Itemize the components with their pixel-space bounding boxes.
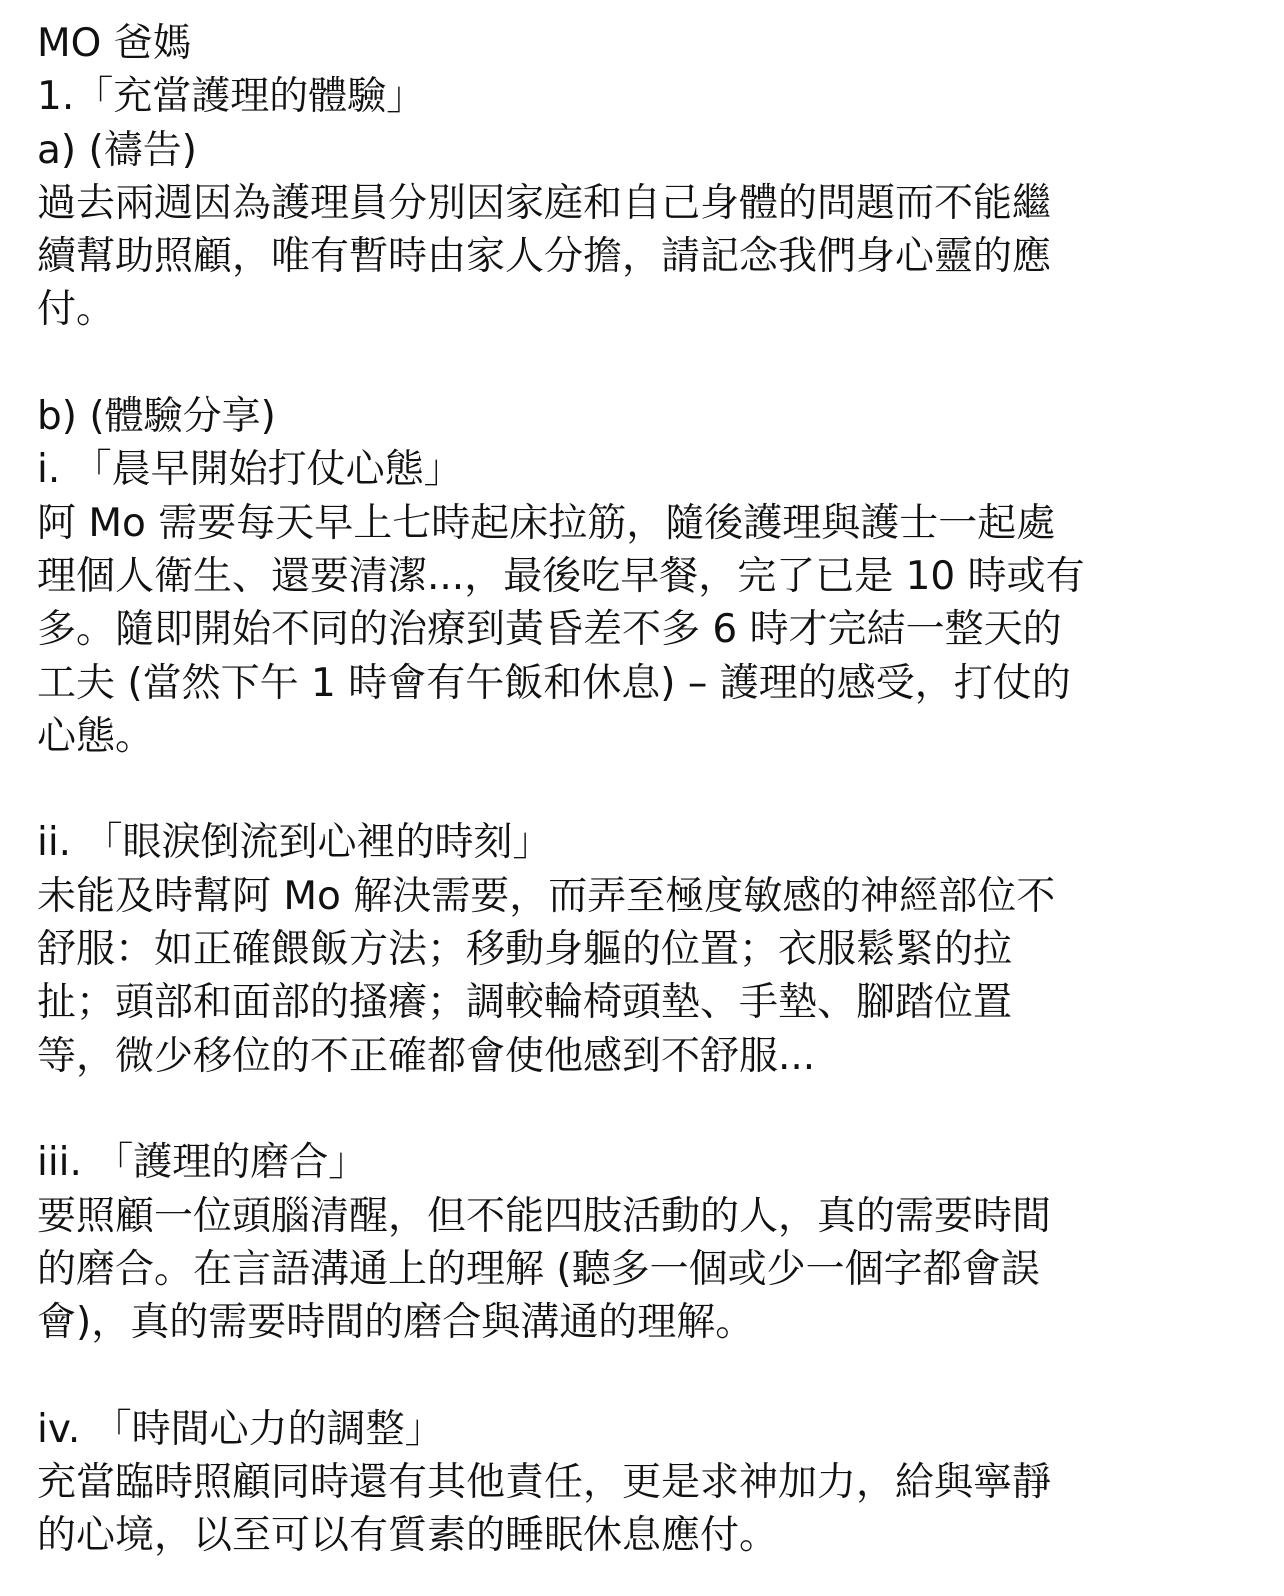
item-line: 舒服：如正確餵飯方法；移動身軀的位置；衣服鬆緊的拉	[37, 923, 1227, 976]
item-line: 扯；頭部和面部的搔癢；調較輪椅頭墊、手墊、腳踏位置	[37, 976, 1227, 1029]
item-line: 理個人衛生、還要清潔...，最後吃早餐，完了已是 10 時或有	[37, 550, 1227, 603]
item-ii: ii. 「眼淚倒流到心裡的時刻」 未能及時幫阿 Mo 解決需要，而弄至極度敏感的…	[37, 816, 1227, 1082]
blank-line	[37, 1349, 1227, 1402]
item-line: 工夫 (當然下午 1 時會有午飯和休息) – 護理的感受，打仗的	[37, 657, 1227, 710]
item-heading: iii. 「護理的磨合」	[37, 1136, 1227, 1189]
item-line: 的磨合。在言語溝通上的理解 (聽多一個或少一個字都會誤	[37, 1243, 1227, 1296]
item-line: 會)，真的需要時間的磨合與溝通的理解。	[37, 1296, 1227, 1349]
part-b: b) (體驗分享) i. 「晨早開始打仗心態」 阿 Mo 需要每天早上七時起床拉…	[37, 390, 1227, 1563]
blank-line	[37, 337, 1227, 390]
item-line: 阿 Mo 需要每天早上七時起床拉筋，隨後護理與護士一起處	[37, 497, 1227, 550]
item-line: 心態。	[37, 710, 1227, 763]
item-heading: i. 「晨早開始打仗心態」	[37, 443, 1227, 496]
item-line: 充當臨時照顧同時還有其他責任，更是求神加力，給與寧靜	[37, 1456, 1227, 1509]
item-heading: iv. 「時間心力的調整」	[37, 1403, 1227, 1456]
item-iii: iii. 「護理的磨合」 要照顧一位頭腦清醒，但不能四肢活動的人，真的需要時間 …	[37, 1136, 1227, 1349]
item-line: 要照顧一位頭腦清醒，但不能四肢活動的人，真的需要時間	[37, 1190, 1227, 1243]
part-a: a) (禱告) 過去兩週因為護理員分別因家庭和自己身體的問題而不能繼 續幫助照顧…	[37, 124, 1227, 337]
document-title: MO 爸媽	[37, 17, 1227, 70]
part-a-line: 過去兩週因為護理員分別因家庭和自己身體的問題而不能繼	[37, 177, 1227, 230]
item-iv: iv. 「時間心力的調整」 充當臨時照顧同時還有其他責任，更是求神加力，給與寧靜…	[37, 1403, 1227, 1563]
document-body: MO 爸媽 1.「充當護理的體驗」 a) (禱告) 過去兩週因為護理員分別因家庭…	[37, 17, 1227, 1563]
item-line: 的心境，以至可以有質素的睡眠休息應付。	[37, 1509, 1227, 1562]
blank-line	[37, 763, 1227, 816]
item-line: 等，微少移位的不正確都會使他感到不舒服...	[37, 1030, 1227, 1083]
item-line: 多。隨即開始不同的治療到黃昏差不多 6 時才完結一整天的	[37, 603, 1227, 656]
item-heading: ii. 「眼淚倒流到心裡的時刻」	[37, 816, 1227, 869]
part-a-heading: a) (禱告)	[37, 124, 1227, 177]
blank-line	[37, 1083, 1227, 1136]
item-i: i. 「晨早開始打仗心態」 阿 Mo 需要每天早上七時起床拉筋，隨後護理與護士一…	[37, 443, 1227, 763]
section-heading: 1.「充當護理的體驗」	[37, 70, 1227, 123]
part-b-heading: b) (體驗分享)	[37, 390, 1227, 443]
part-a-line: 續幫助照顧，唯有暫時由家人分擔，請記念我們身心靈的應	[37, 230, 1227, 283]
item-line: 未能及時幫阿 Mo 解決需要，而弄至極度敏感的神經部位不	[37, 870, 1227, 923]
part-a-line: 付。	[37, 283, 1227, 336]
